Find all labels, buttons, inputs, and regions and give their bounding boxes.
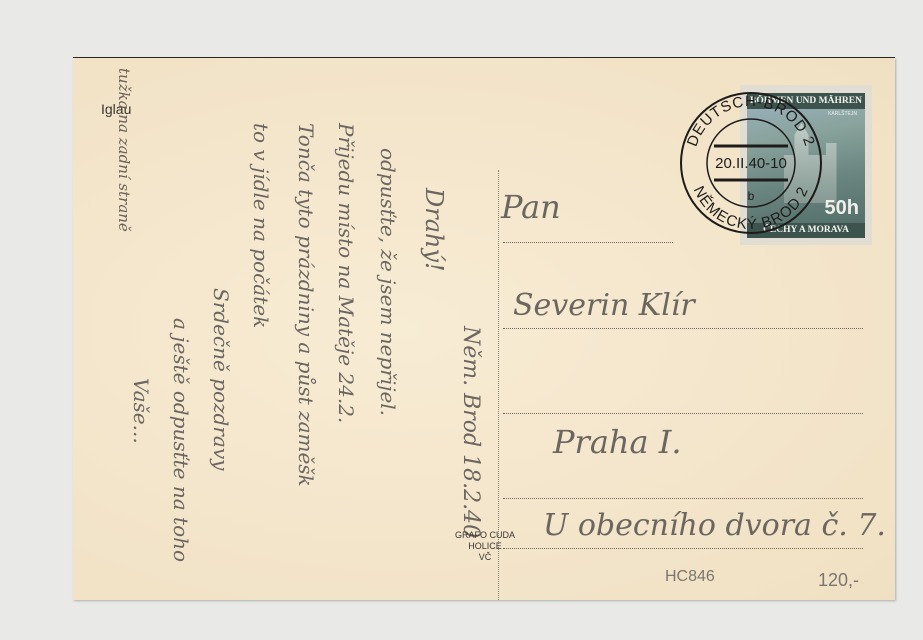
postmark-top-text: DEUTSCH-BROD 2 (684, 93, 818, 149)
address-line-3 (503, 413, 863, 414)
message-line: to v jídle na počátek (249, 123, 273, 328)
message-dateline: Něm. Brod 18.2.40 (458, 326, 483, 538)
address-line-2 (503, 328, 863, 329)
publisher-imprint: GRAFO CUDA HOLICE VČ (455, 530, 515, 563)
margin-note: tužka na zadní straně (115, 68, 133, 232)
stamp-subtitle: KARLŠTEJN (828, 111, 857, 117)
catalog-code: HC846 (665, 568, 715, 586)
message-line: Tonča tyto prázdniny a půst zaměšk (294, 123, 318, 487)
stamp-value: 50h (825, 197, 859, 220)
price-note: 120,- (818, 570, 859, 591)
address-city: Praha I. (553, 423, 682, 461)
address-line-5 (503, 548, 863, 549)
postmark-cancellation: DEUTSCH-BROD 2 NĚMECKÝ BROD 2 20.II.40-1… (676, 88, 826, 238)
publisher-region: VČ (455, 552, 515, 563)
postmark-date: 20.II.40-10 (715, 155, 787, 172)
publisher-name: GRAFO CUDA (455, 530, 515, 541)
postmark-letter: b (748, 189, 755, 203)
message-line: Přijedu místo na Matěje 24.2. (334, 123, 358, 423)
message-greeting: Drahý! (420, 188, 448, 272)
svg-text:DEUTSCH-BROD 2: DEUTSCH-BROD 2 (684, 93, 818, 149)
message-line: a ještě odpusťte na toho (169, 318, 193, 562)
message-line: odpusťte, že jsem nepřijel. (376, 148, 400, 416)
address-name: Severin Klír (513, 288, 695, 323)
address-line-1 (503, 242, 673, 243)
address-salutation: Pan (501, 188, 561, 226)
message-line: Vaše... (129, 378, 153, 444)
publisher-city: HOLICE (455, 541, 515, 552)
address-street: U obecního dvora č. 7. (543, 508, 886, 543)
address-line-4 (503, 498, 863, 499)
message-line: Srdečně pozdravy (209, 288, 233, 470)
